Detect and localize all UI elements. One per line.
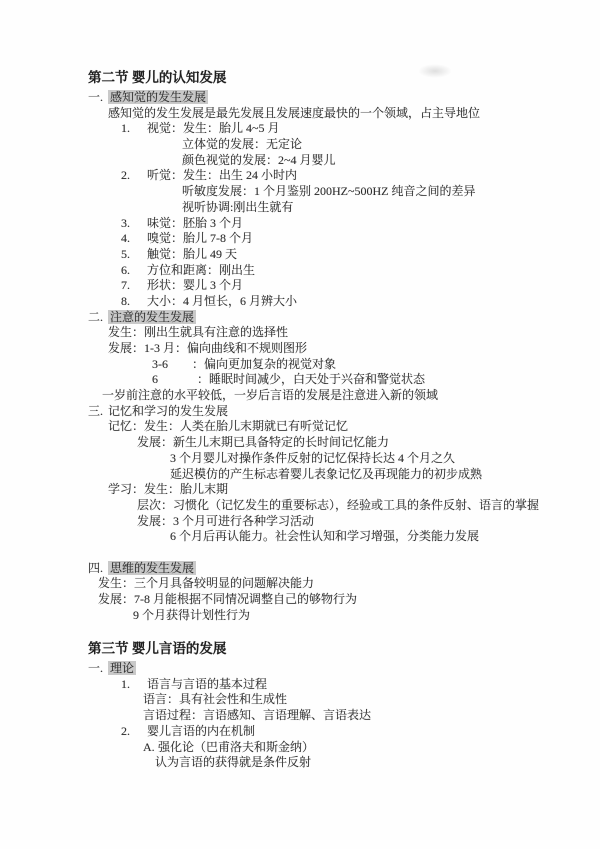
doc-line: 发展：1-3 月：偏向曲线和不规则图形: [108, 341, 590, 357]
list-marker: 一.: [88, 661, 108, 677]
document-content: 第二节 婴儿的认知发展一.感知觉的发生发展感知觉的发生发展是最先发展且发展速度最…: [88, 68, 590, 771]
list-marker: 5.: [121, 247, 147, 263]
list-marker: A.: [143, 740, 158, 756]
doc-line: 认为言语的获得就是条件反射: [155, 755, 590, 771]
text-run: 感知觉的发生发展是最先发展且发展速度最快的一个领域，占主导地位: [108, 106, 480, 120]
text-run: 立体觉的发展：无定论: [182, 137, 302, 151]
text-run: 强化论（巴甫洛夫和斯金纳）: [158, 740, 314, 754]
doc-line: 6.方位和距离：刚出生: [121, 263, 590, 279]
text-run: 发展：1-3 月：偏向曲线和不规则图形: [108, 341, 307, 355]
text-run: 形状：婴儿 3 个月: [147, 278, 243, 292]
text-run: 3 个月婴儿对操作条件反射的记忆保持长达 4 个月之久: [170, 451, 455, 465]
doc-line: 6 ：睡眠时间减少，白天处于兴奋和警觉状态: [152, 372, 590, 388]
text-run: 3-6 ：偏向更加复杂的视觉对象: [152, 357, 336, 371]
doc-line: 言语过程：言语感知、言语理解、言语表达: [143, 708, 590, 724]
doc-line: 2.听觉：发生：出生 24 小时内: [121, 168, 590, 184]
document-page: 第二节 婴儿的认知发展一.感知觉的发生发展感知觉的发生发展是最先发展且发展速度最…: [0, 0, 600, 849]
doc-line: 8.大小：4 月恒长，6 月辨大小: [121, 294, 590, 310]
list-marker: 4.: [121, 231, 147, 247]
doc-line: 3-6 ：偏向更加复杂的视觉对象: [152, 357, 590, 373]
text-run: 语言：具有社会性和生成性: [143, 692, 287, 706]
text-run: 记忆和学习的发生发展: [108, 404, 228, 418]
list-marker: 3.: [121, 216, 147, 232]
doc-line: 1.视觉：发生：胎儿 4~5 月: [121, 121, 590, 137]
section-heading: 第二节 婴儿的认知发展: [88, 68, 590, 90]
text-run: 第三节 婴儿言语的发展: [88, 641, 226, 656]
doc-line: 3.味觉：胚胎 3 个月: [121, 216, 590, 232]
blank-line: [88, 623, 590, 639]
text-run: 听敏度发展：1 个月鉴别 200HZ~500HZ 纯音之间的差异: [182, 184, 476, 198]
text-run: 一岁前注意的水平较低，一岁后言语的发展是注意进入新的领域: [102, 388, 438, 402]
highlighted-term: 感知觉的发生发展: [108, 90, 208, 104]
text-run: 记忆：发生：人类在胎儿末期就已有听觉记忆: [108, 419, 348, 433]
doc-line: 延迟模仿的产生标志着婴儿表象记忆及再现能力的初步成熟: [170, 467, 590, 483]
doc-line: 三.记忆和学习的发生发展: [88, 404, 590, 420]
text-run: 学习：发生：胎儿末期: [108, 482, 228, 496]
text-run: 味觉：胚胎 3 个月: [147, 216, 243, 230]
list-marker: 2.: [121, 168, 147, 184]
blank-line: [88, 545, 590, 561]
text-run: 大小：4 月恒长，6 月辨大小: [147, 294, 297, 308]
section-heading: 第三节 婴儿言语的发展: [88, 639, 590, 661]
text-run: 方位和距离：刚出生: [147, 263, 255, 277]
doc-line: 四.思维的发生发展: [88, 561, 590, 577]
doc-line: 发展：7-8 月能根据不同情况调整自己的够物行为: [98, 592, 590, 608]
doc-line: 二.注意的发生发展: [88, 310, 590, 326]
doc-line: 3 个月婴儿对操作条件反射的记忆保持长达 4 个月之久: [170, 451, 590, 467]
text-run: 第二节 婴儿的认知发展: [88, 70, 226, 85]
text-run: 视觉：发生：胎儿 4~5 月: [147, 121, 280, 135]
text-run: 发展：新生儿末期已具备特定的长时间记忆能力: [137, 435, 389, 449]
text-run: 嗅觉：胎儿 7-8 个月: [147, 231, 253, 245]
doc-line: 感知觉的发生发展是最先发展且发展速度最快的一个领域，占主导地位: [108, 106, 590, 122]
doc-line: 学习：发生：胎儿末期: [108, 482, 590, 498]
doc-line: 一.理论: [88, 661, 590, 677]
doc-line: 层次：习惯化（记忆发生的重要标志），经验或工具的条件反射、语言的掌握: [137, 498, 590, 514]
text-run: 认为言语的获得就是条件反射: [155, 755, 311, 769]
highlighted-term: 理论: [108, 661, 136, 675]
doc-line: 语言：具有社会性和生成性: [143, 692, 590, 708]
text-run: 发展：3 个月可进行各种学习活动: [137, 514, 314, 528]
doc-line: 发生：刚出生就具有注意的选择性: [108, 325, 590, 341]
text-run: 颜色视觉的发展：2~4 月婴儿: [182, 153, 336, 167]
list-marker: 四.: [88, 561, 108, 577]
text-run: 发生：三个月具备较明显的问题解决能力: [98, 576, 314, 590]
list-marker: 二.: [88, 310, 108, 326]
text-run: 延迟模仿的产生标志着婴儿表象记忆及再现能力的初步成熟: [170, 467, 482, 481]
doc-line: 发生：三个月具备较明显的问题解决能力: [98, 576, 590, 592]
text-run: 触觉：胎儿 49 天: [147, 247, 237, 261]
doc-line: 6 个月后再认能力。社会性认知和学习增强，分类能力发展: [170, 529, 590, 545]
doc-line: 2.婴儿言语的内在机制: [121, 724, 590, 740]
list-marker: 三.: [88, 404, 108, 420]
doc-line: 一岁前注意的水平较低，一岁后言语的发展是注意进入新的领域: [102, 388, 590, 404]
list-marker: 8.: [121, 294, 147, 310]
highlighted-term: 注意的发生发展: [108, 310, 196, 324]
text-run: 语言与言语的基本过程: [147, 677, 267, 691]
doc-line: 发展：3 个月可进行各种学习活动: [137, 514, 590, 530]
doc-line: 听敏度发展：1 个月鉴别 200HZ~500HZ 纯音之间的差异: [182, 184, 590, 200]
doc-line: 记忆：发生：人类在胎儿末期就已有听觉记忆: [108, 419, 590, 435]
list-marker: 7.: [121, 278, 147, 294]
text-run: 婴儿言语的内在机制: [147, 724, 255, 738]
doc-line: 颜色视觉的发展：2~4 月婴儿: [182, 153, 590, 169]
text-run: 6 个月后再认能力。社会性认知和学习增强，分类能力发展: [170, 529, 479, 543]
doc-line: 1.语言与言语的基本过程: [121, 677, 590, 693]
doc-line: 4.嗅觉：胎儿 7-8 个月: [121, 231, 590, 247]
doc-line: 立体觉的发展：无定论: [182, 137, 590, 153]
list-marker: 一.: [88, 90, 108, 106]
text-run: 层次：习惯化（记忆发生的重要标志），经验或工具的条件反射、语言的掌握: [137, 498, 539, 512]
doc-line: 一.感知觉的发生发展: [88, 90, 590, 106]
doc-line: 5.触觉：胎儿 49 天: [121, 247, 590, 263]
text-run: 发生：刚出生就具有注意的选择性: [108, 325, 288, 339]
text-run: 9 个月获得计划性行为: [133, 608, 250, 622]
doc-line: 9 个月获得计划性行为: [133, 608, 590, 624]
doc-line: A.强化论（巴甫洛夫和斯金纳）: [143, 740, 590, 756]
list-marker: 1.: [121, 677, 147, 693]
text-run: 6 ：睡眠时间减少，白天处于兴奋和警觉状态: [152, 372, 425, 386]
list-marker: 1.: [121, 121, 147, 137]
highlighted-term: 思维的发生发展: [108, 561, 196, 575]
text-run: 言语过程：言语感知、言语理解、言语表达: [143, 708, 371, 722]
text-run: 听觉：发生：出生 24 小时内: [147, 168, 297, 182]
text-run: 视听协调:刚出生就有: [182, 200, 293, 214]
list-marker: 2.: [121, 724, 147, 740]
text-run: 发展：7-8 月能根据不同情况调整自己的够物行为: [98, 592, 357, 606]
doc-line: 视听协调:刚出生就有: [182, 200, 590, 216]
doc-line: 发展：新生儿末期已具备特定的长时间记忆能力: [137, 435, 590, 451]
list-marker: 6.: [121, 263, 147, 279]
doc-line: 7.形状：婴儿 3 个月: [121, 278, 590, 294]
